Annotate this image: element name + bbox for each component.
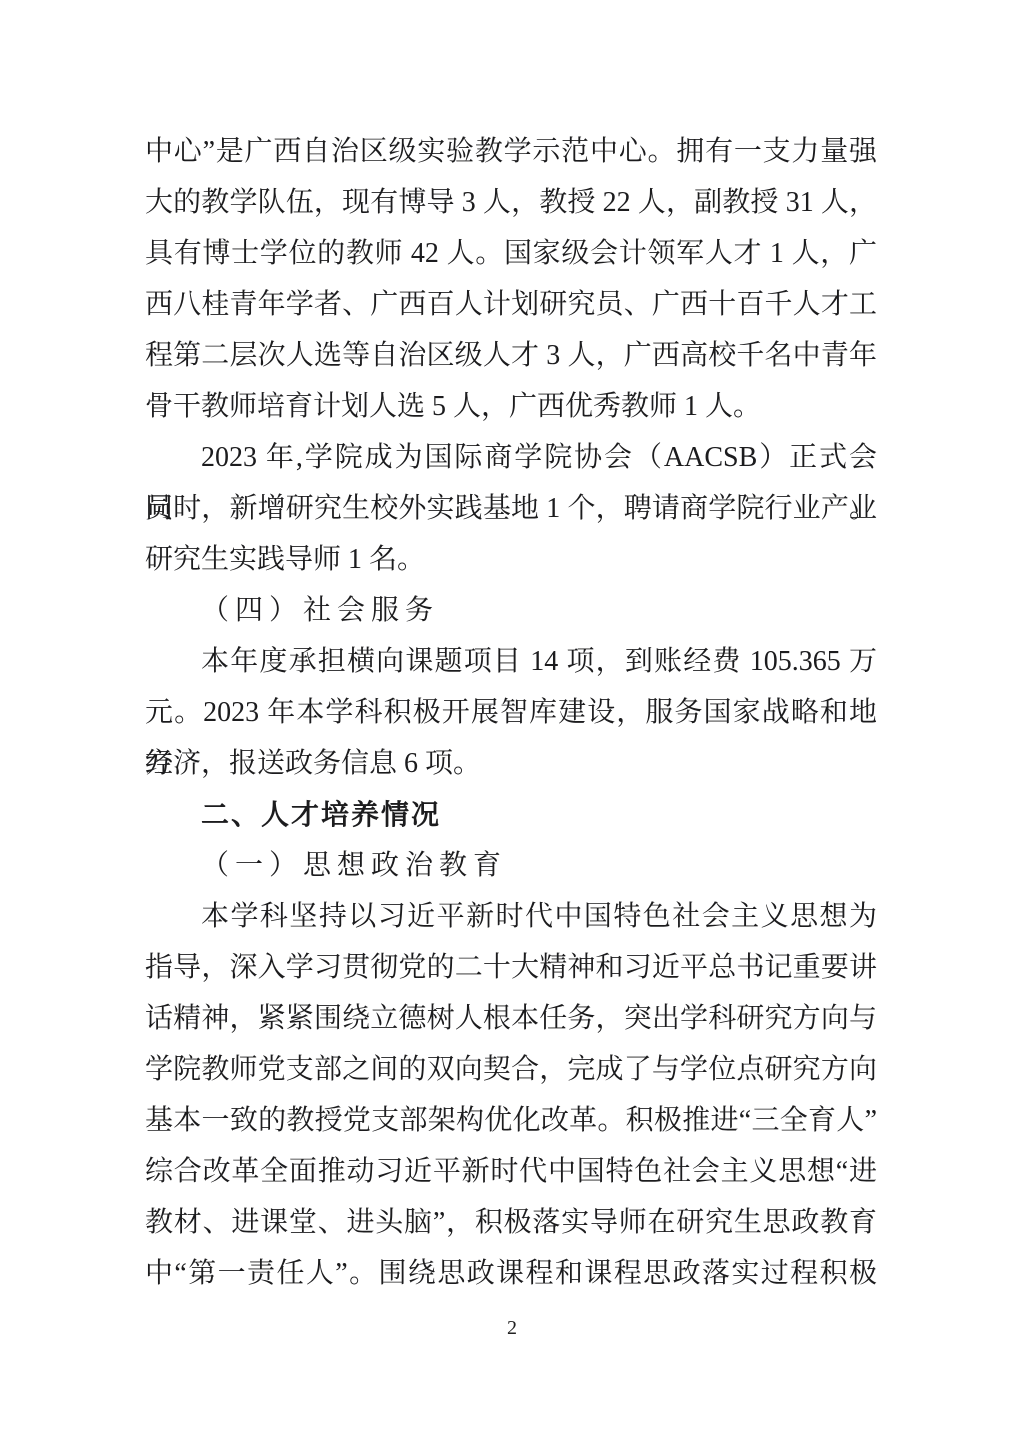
text-line: 本学科坚持以习近平新时代中国特色社会主义思想为 [145, 891, 877, 942]
text-line: 具有博士学位的教师 42 人。国家级会计领军人才 1 人，广 [145, 228, 877, 279]
text-line: 本年度承担横向课题项目 14 项，到账经费 105.365 万 [145, 636, 877, 687]
text-line: 指导，深入学习贯彻党的二十大精神和习近平总书记重要讲 [145, 942, 877, 993]
text-line: 2023 年,学院成为国际商学院协会（AACSB）正式会员。 [145, 432, 877, 483]
text-line: 西八桂青年学者、广西百人计划研究员、广西十百千人才工 [145, 279, 877, 330]
section-heading-social-service: （四）社会服务 [145, 585, 877, 636]
text-line: 教材、进课堂、进头脑”，积极落实导师在研究生思政教育 [145, 1197, 877, 1248]
text-line: 骨干教师培育计划人选 5 人，广西优秀教师 1 人。 [145, 381, 877, 432]
text-line: 基本一致的教授党支部架构优化改革。积极推进“三全育人” [145, 1095, 877, 1146]
page-number: 2 [0, 1316, 1024, 1340]
document-page: 中心”是广西自治区级实验教学示范中心。拥有一支力量强 大的教学队伍，现有博导 3… [0, 0, 1024, 1448]
text-line: 研究生实践导师 1 名。 [145, 534, 877, 585]
text-line: 同时，新增研究生校外实践基地 1 个，聘请商学院行业产业 [145, 483, 877, 534]
text-line: 话精神，紧紧围绕立德树人根本任务，突出学科研究方向与 [145, 993, 877, 1044]
chapter-heading-talent-cultivation: 二、人才培养情况 [145, 789, 877, 840]
text-line: 经济，报送政务信息 6 项。 [145, 738, 877, 789]
text-line: 学院教师党支部之间的双向契合，完成了与学位点研究方向 [145, 1044, 877, 1095]
text-line: 中心”是广西自治区级实验教学示范中心。拥有一支力量强 [145, 126, 877, 177]
text-line: 中“第一责任人”。围绕思政课程和课程思政落实过程积极 [145, 1248, 877, 1299]
text-line: 元。2023 年本学科积极开展智库建设，服务国家战略和地方 [145, 687, 877, 738]
section-heading-ideological-political-education: （一）思想政治教育 [145, 840, 877, 891]
text-line: 程第二层次人选等自治区级人才 3 人，广西高校千名中青年 [145, 330, 877, 381]
text-line: 综合改革全面推动习近平新时代中国特色社会主义思想“进 [145, 1146, 877, 1197]
text-line: 大的教学队伍，现有博导 3 人，教授 22 人，副教授 31 人， [145, 177, 877, 228]
document-body: 中心”是广西自治区级实验教学示范中心。拥有一支力量强 大的教学队伍，现有博导 3… [145, 126, 877, 1299]
